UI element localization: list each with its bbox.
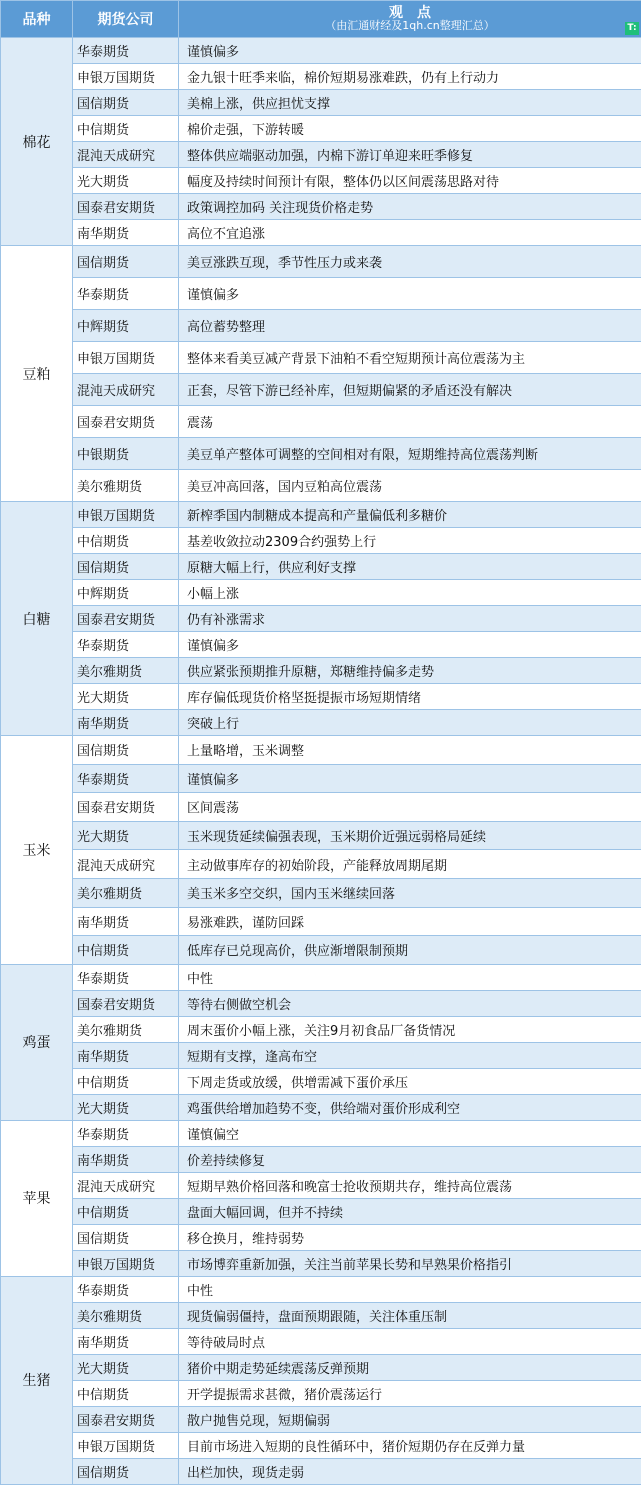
table-row: 华泰期货谨慎偏多 [1, 278, 641, 310]
company-cell: 中信期货 [73, 936, 179, 965]
view-cell: 区间震荡 [179, 793, 641, 822]
company-cell: 国泰君安期货 [73, 406, 179, 438]
view-cell: 谨慎偏多 [179, 764, 641, 793]
view-cell: 谨慎偏多 [179, 632, 641, 658]
company-cell: 美尔雅期货 [73, 658, 179, 684]
company-cell: 国信期货 [73, 736, 179, 765]
view-cell: 整体来看美豆减产背景下油粕不看空短期预计高位震荡为主 [179, 342, 641, 374]
variety-cell: 鸡蛋 [1, 964, 73, 1120]
table-row: 混沌天成研究整体供应端驱动加强，内棉下游订单迎来旺季修复 [1, 142, 641, 168]
company-cell: 混沌天成研究 [73, 1172, 179, 1198]
table-row: 美尔雅期货现货偏弱僵持，盘面预期跟随，关注体重压制 [1, 1302, 641, 1328]
variety-cell: 豆粕 [1, 246, 73, 502]
view-cell: 散户抛售兑现，短期偏弱 [179, 1406, 641, 1432]
company-cell: 国信期货 [73, 1458, 179, 1484]
table-row: 光大期货鸡蛋供给增加趋势不变，供给端对蛋价形成利空 [1, 1094, 641, 1120]
table-row: 玉米国信期货上量略增，玉米调整 [1, 736, 641, 765]
table-row: 美尔雅期货美玉米多空交织，国内玉米继续回落 [1, 878, 641, 907]
company-cell: 国信期货 [73, 246, 179, 278]
futures-views-table: 品种 期货公司 观 点 （由汇通财经及1qh.cn整理汇总） T: 棉花华泰期货… [0, 0, 641, 1485]
view-cell: 谨慎偏多 [179, 278, 641, 310]
company-cell: 混沌天成研究 [73, 374, 179, 406]
company-cell: 光大期货 [73, 684, 179, 710]
table-row: 美尔雅期货周末蛋价小幅上涨，关注9月初食品厂备货情况 [1, 1016, 641, 1042]
company-cell: 国泰君安期货 [73, 194, 179, 220]
table-row: 申银万国期货金九银十旺季来临，棉价短期易涨难跌，仍有上行动力 [1, 64, 641, 90]
table-row: 中辉期货小幅上涨 [1, 580, 641, 606]
company-cell: 美尔雅期货 [73, 470, 179, 502]
table-row: 中信期货下周走货或放缓，供增需减下蛋价承压 [1, 1068, 641, 1094]
table-row: 美尔雅期货美豆冲高回落，国内豆粕高位震荡 [1, 470, 641, 502]
company-cell: 南华期货 [73, 1328, 179, 1354]
view-cell: 库存偏低现货价格坚挺提振市场短期情绪 [179, 684, 641, 710]
table-row: 国泰君安期货区间震荡 [1, 793, 641, 822]
company-cell: 国信期货 [73, 90, 179, 116]
variety-cell: 玉米 [1, 736, 73, 965]
view-cell: 价差持续修复 [179, 1146, 641, 1172]
view-cell: 盘面大幅回调，但并不持续 [179, 1198, 641, 1224]
table-row: 国信期货出栏加快，现货走弱 [1, 1458, 641, 1484]
view-cell: 目前市场进入短期的良性循环中，猪价短期仍存在反弹力量 [179, 1432, 641, 1458]
variety-cell: 白糖 [1, 502, 73, 736]
table-row: 棉花华泰期货谨慎偏多 [1, 38, 641, 64]
table-row: 中辉期货高位蓄势整理 [1, 310, 641, 342]
view-cell: 中性 [179, 1276, 641, 1302]
company-cell: 华泰期货 [73, 764, 179, 793]
table-row: 混沌天成研究短期早熟价格回落和晚富士抢收预期共存，维持高位震荡 [1, 1172, 641, 1198]
view-cell: 短期有支撑，逢高布空 [179, 1042, 641, 1068]
view-cell: 谨慎偏多 [179, 38, 641, 64]
table-row: 华泰期货谨慎偏多 [1, 764, 641, 793]
view-cell: 高位蓄势整理 [179, 310, 641, 342]
view-cell: 美豆涨跌互现，季节性压力或来袭 [179, 246, 641, 278]
company-cell: 华泰期货 [73, 38, 179, 64]
company-cell: 南华期货 [73, 220, 179, 246]
table-row: 混沌天成研究主动做事库存的初始阶段，产能释放周期尾期 [1, 850, 641, 879]
view-cell: 鸡蛋供给增加趋势不变，供给端对蛋价形成利空 [179, 1094, 641, 1120]
view-cell: 金九银十旺季来临，棉价短期易涨难跌，仍有上行动力 [179, 64, 641, 90]
table-row: 中信期货低库存已兑现高价，供应渐增限制预期 [1, 936, 641, 965]
table-row: 苹果华泰期货谨慎偏空 [1, 1120, 641, 1146]
view-cell: 美豆冲高回落，国内豆粕高位震荡 [179, 470, 641, 502]
header-view-source: （由汇通财经及1qh.cn整理汇总） [179, 20, 641, 32]
variety-cell: 生猪 [1, 1276, 73, 1484]
company-cell: 华泰期货 [73, 1276, 179, 1302]
header-variety: 品种 [1, 1, 73, 38]
view-cell: 整体供应端驱动加强，内棉下游订单迎来旺季修复 [179, 142, 641, 168]
company-cell: 中辉期货 [73, 580, 179, 606]
company-cell: 南华期货 [73, 907, 179, 936]
table-row: 鸡蛋华泰期货中性 [1, 964, 641, 990]
view-cell: 市场博弈重新加强，关注当前苹果长势和早熟果价格指引 [179, 1250, 641, 1276]
header-row: 品种 期货公司 观 点 （由汇通财经及1qh.cn整理汇总） T: [1, 1, 641, 38]
view-cell: 周末蛋价小幅上涨，关注9月初食品厂备货情况 [179, 1016, 641, 1042]
view-cell: 等待破局时点 [179, 1328, 641, 1354]
company-cell: 混沌天成研究 [73, 850, 179, 879]
company-cell: 混沌天成研究 [73, 142, 179, 168]
view-cell: 突破上行 [179, 710, 641, 736]
view-cell: 高位不宜追涨 [179, 220, 641, 246]
company-cell: 南华期货 [73, 1042, 179, 1068]
table-row: 光大期货库存偏低现货价格坚挺提振市场短期情绪 [1, 684, 641, 710]
company-cell: 中辉期货 [73, 310, 179, 342]
table-row: 中银期货美豆单产整体可调整的空间相对有限，短期维持高位震荡判断 [1, 438, 641, 470]
company-cell: 华泰期货 [73, 964, 179, 990]
table-row: 豆粕国信期货美豆涨跌互现，季节性压力或来袭 [1, 246, 641, 278]
table-row: 美尔雅期货供应紧张预期推升原糖，郑糖维持偏多走势 [1, 658, 641, 684]
company-cell: 国信期货 [73, 1224, 179, 1250]
table-row: 光大期货猪价中期走势延续震荡反弹预期 [1, 1354, 641, 1380]
table-row: 南华期货高位不宜追涨 [1, 220, 641, 246]
table-row: 国泰君安期货政策调控加码 关注现货价格走势 [1, 194, 641, 220]
table-row: 申银万国期货市场博弈重新加强，关注当前苹果长势和早熟果价格指引 [1, 1250, 641, 1276]
view-cell: 原糖大幅上行，供应利好支撑 [179, 554, 641, 580]
view-cell: 等待右侧做空机会 [179, 990, 641, 1016]
company-cell: 国泰君安期货 [73, 990, 179, 1016]
view-cell: 美豆单产整体可调整的空间相对有限，短期维持高位震荡判断 [179, 438, 641, 470]
view-cell: 猪价中期走势延续震荡反弹预期 [179, 1354, 641, 1380]
company-cell: 南华期货 [73, 710, 179, 736]
company-cell: 中银期货 [73, 438, 179, 470]
table-row: 国泰君安期货仍有补涨需求 [1, 606, 641, 632]
table-row: 南华期货短期有支撑，逢高布空 [1, 1042, 641, 1068]
header-view: 观 点 （由汇通财经及1qh.cn整理汇总） T: [179, 1, 641, 38]
company-cell: 申银万国期货 [73, 1250, 179, 1276]
table-row: 国泰君安期货震荡 [1, 406, 641, 438]
company-cell: 光大期货 [73, 1354, 179, 1380]
company-cell: 华泰期货 [73, 278, 179, 310]
company-cell: 国泰君安期货 [73, 1406, 179, 1432]
table-row: 光大期货幅度及持续时间预计有限，整体仍以区间震荡思路对待 [1, 168, 641, 194]
company-cell: 中信期货 [73, 1198, 179, 1224]
company-cell: 中信期货 [73, 1068, 179, 1094]
view-cell: 下周走货或放缓，供增需减下蛋价承压 [179, 1068, 641, 1094]
table-row: 中信期货棉价走强，下游转暖 [1, 116, 641, 142]
variety-cell: 棉花 [1, 38, 73, 246]
view-cell: 易涨难跌，谨防回踩 [179, 907, 641, 936]
view-cell: 小幅上涨 [179, 580, 641, 606]
company-cell: 中信期货 [73, 1380, 179, 1406]
table-row: 国泰君安期货等待右侧做空机会 [1, 990, 641, 1016]
company-cell: 光大期货 [73, 168, 179, 194]
table-row: 南华期货易涨难跌，谨防回踩 [1, 907, 641, 936]
table-row: 中信期货盘面大幅回调，但并不持续 [1, 1198, 641, 1224]
table-row: 生猪华泰期货中性 [1, 1276, 641, 1302]
table-row: 白糖申银万国期货新榨季国内制糖成本提高和产量偏低利多糖价 [1, 502, 641, 528]
view-cell: 正套，尽管下游已经补库，但短期偏紧的矛盾还没有解决 [179, 374, 641, 406]
company-cell: 华泰期货 [73, 632, 179, 658]
view-cell: 政策调控加码 关注现货价格走势 [179, 194, 641, 220]
view-cell: 新榨季国内制糖成本提高和产量偏低利多糖价 [179, 502, 641, 528]
company-cell: 申银万国期货 [73, 502, 179, 528]
table-row: 申银万国期货目前市场进入短期的良性循环中，猪价短期仍存在反弹力量 [1, 1432, 641, 1458]
company-cell: 申银万国期货 [73, 342, 179, 374]
view-cell: 谨慎偏空 [179, 1120, 641, 1146]
table-row: 南华期货等待破局时点 [1, 1328, 641, 1354]
view-cell: 供应紧张预期推升原糖，郑糖维持偏多走势 [179, 658, 641, 684]
view-cell: 主动做事库存的初始阶段，产能释放周期尾期 [179, 850, 641, 879]
company-cell: 中信期货 [73, 528, 179, 554]
company-cell: 光大期货 [73, 1094, 179, 1120]
table-row: 华泰期货谨慎偏多 [1, 632, 641, 658]
company-cell: 申银万国期货 [73, 64, 179, 90]
table-row: 南华期货突破上行 [1, 710, 641, 736]
variety-cell: 苹果 [1, 1120, 73, 1276]
view-cell: 棉价走强，下游转暖 [179, 116, 641, 142]
view-cell: 上量略增，玉米调整 [179, 736, 641, 765]
company-cell: 国泰君安期货 [73, 606, 179, 632]
view-cell: 仍有补涨需求 [179, 606, 641, 632]
company-cell: 国信期货 [73, 554, 179, 580]
table-row: 国泰君安期货散户抛售兑现，短期偏弱 [1, 1406, 641, 1432]
company-cell: 光大期货 [73, 821, 179, 850]
view-cell: 现货偏弱僵持，盘面预期跟随，关注体重压制 [179, 1302, 641, 1328]
company-cell: 申银万国期货 [73, 1432, 179, 1458]
table-row: 南华期货价差持续修复 [1, 1146, 641, 1172]
view-cell: 幅度及持续时间预计有限，整体仍以区间震荡思路对待 [179, 168, 641, 194]
company-cell: 美尔雅期货 [73, 878, 179, 907]
table-row: 光大期货玉米现货延续偏强表现，玉米期价近强远弱格局延续 [1, 821, 641, 850]
view-cell: 移仓换月，维持弱势 [179, 1224, 641, 1250]
table-row: 国信期货移仓换月，维持弱势 [1, 1224, 641, 1250]
table-row: 国信期货美棉上涨，供应担忧支撑 [1, 90, 641, 116]
view-cell: 震荡 [179, 406, 641, 438]
company-cell: 华泰期货 [73, 1120, 179, 1146]
company-cell: 南华期货 [73, 1146, 179, 1172]
table-row: 国信期货原糖大幅上行，供应利好支撑 [1, 554, 641, 580]
header-company: 期货公司 [73, 1, 179, 38]
view-cell: 中性 [179, 964, 641, 990]
view-cell: 美棉上涨，供应担忧支撑 [179, 90, 641, 116]
header-view-title: 观 点 [179, 6, 641, 20]
view-cell: 玉米现货延续偏强表现，玉米期价近强远弱格局延续 [179, 821, 641, 850]
filter-icon[interactable]: T: [625, 22, 639, 35]
table-body: 棉花华泰期货谨慎偏多申银万国期货金九银十旺季来临，棉价短期易涨难跌，仍有上行动力… [1, 38, 641, 1485]
view-cell: 美玉米多空交织，国内玉米继续回落 [179, 878, 641, 907]
company-cell: 美尔雅期货 [73, 1016, 179, 1042]
view-cell: 基差收敛拉动2309合约强势上行 [179, 528, 641, 554]
company-cell: 中信期货 [73, 116, 179, 142]
table-row: 混沌天成研究正套，尽管下游已经补库，但短期偏紧的矛盾还没有解决 [1, 374, 641, 406]
view-cell: 开学提振需求甚微，猪价震荡运行 [179, 1380, 641, 1406]
view-cell: 出栏加快，现货走弱 [179, 1458, 641, 1484]
table-row: 申银万国期货整体来看美豆减产背景下油粕不看空短期预计高位震荡为主 [1, 342, 641, 374]
company-cell: 国泰君安期货 [73, 793, 179, 822]
view-cell: 短期早熟价格回落和晚富士抢收预期共存，维持高位震荡 [179, 1172, 641, 1198]
company-cell: 美尔雅期货 [73, 1302, 179, 1328]
table-row: 中信期货开学提振需求甚微，猪价震荡运行 [1, 1380, 641, 1406]
view-cell: 低库存已兑现高价，供应渐增限制预期 [179, 936, 641, 965]
table-row: 中信期货基差收敛拉动2309合约强势上行 [1, 528, 641, 554]
